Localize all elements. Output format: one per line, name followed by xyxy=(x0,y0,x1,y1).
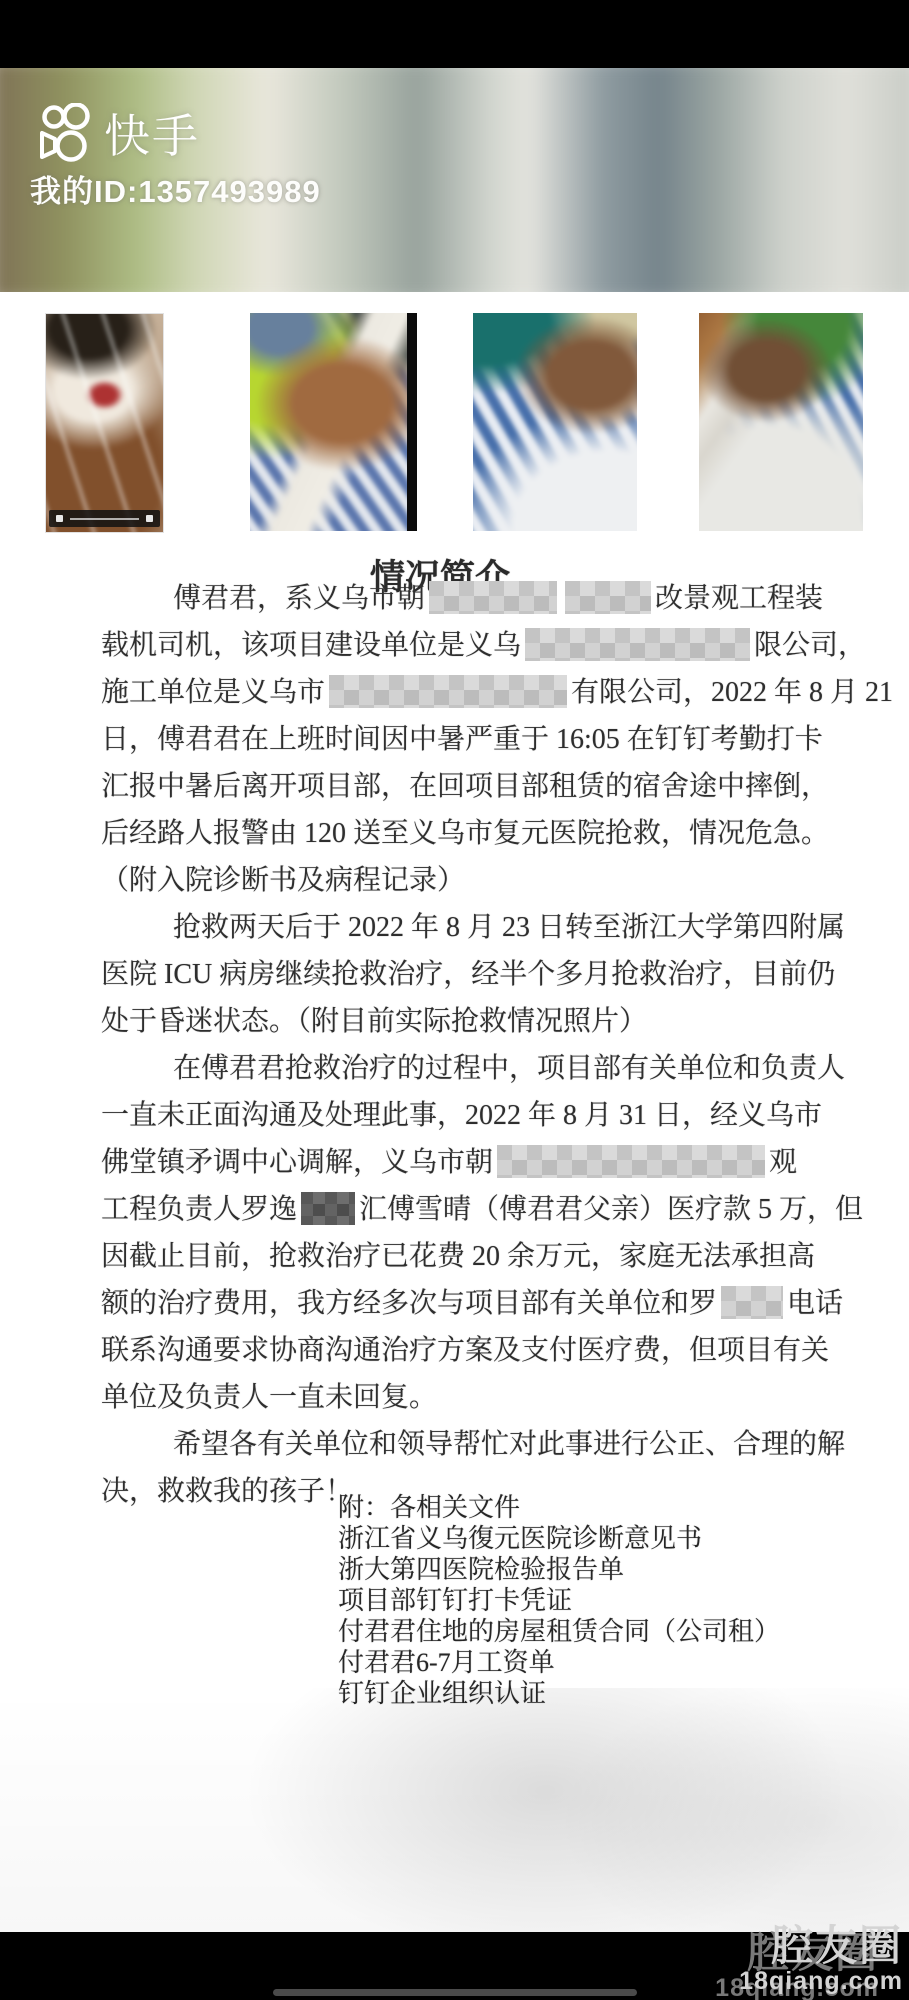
attachment-item: 附：各相关文件 xyxy=(338,1492,780,1523)
line-text: 有限公司，2022 年 8 月 21 xyxy=(571,677,893,708)
redaction-mosaic xyxy=(429,581,557,614)
document-line: 后经路人报警由 120 送至义乌市复元医院抢救，情况危急。 xyxy=(101,810,841,857)
line-text: 联系沟通要求协商沟通治疗方案及支付医疗费，但项目有关 xyxy=(101,1335,829,1366)
line-text: 后经路人报警由 120 送至义乌市复元医院抢救，情况危急。 xyxy=(101,818,829,849)
kuaishou-camera-icon xyxy=(34,103,92,163)
line-text: （附入院诊断书及病程记录） xyxy=(101,865,465,896)
document-line: 希望各有关单位和领导帮忙对此事进行公正、合理的解 xyxy=(101,1421,841,1468)
redaction-mosaic xyxy=(301,1192,355,1225)
top-letterbox-bar xyxy=(0,0,909,68)
attachments-list: 附：各相关文件浙江省义乌復元医院诊断意见书浙大第四医院检验报告单项目部钉钉打卡凭… xyxy=(338,1492,780,1709)
user-id-text: 我的ID:1357493989 xyxy=(30,166,321,211)
document-line: （附入院诊断书及病程记录） xyxy=(101,857,841,904)
fullscreen-icon xyxy=(146,515,153,522)
redaction-mosaic xyxy=(525,628,750,661)
document-line: 额的治疗费用，我方经多次与项目部有关单位和罗电话 xyxy=(101,1280,841,1327)
document-line: 工程负责人罗逸汇傅雪晴（傅君君父亲）医疗款 5 万，但 xyxy=(101,1186,841,1233)
photo-2-image xyxy=(250,313,415,531)
document-line: 因截止目前，抢救治疗已花费 20 余万元，家庭无法承担高 xyxy=(101,1233,841,1280)
attachment-item: 项目部钉钉打卡凭证 xyxy=(338,1585,780,1616)
document-line: 在傅君君抢救治疗的过程中，项目部有关单位和负责人 xyxy=(101,1045,841,1092)
line-text: 因截止目前，抢救治疗已花费 20 余万元，家庭无法承担高 xyxy=(101,1241,815,1272)
video-scrubber-bar xyxy=(49,510,160,527)
line-text: 载机司机，该项目建设单位是义乌 xyxy=(101,630,521,661)
line-text: 电话 xyxy=(787,1288,843,1319)
kuaishou-brand: 快手 xyxy=(34,100,200,166)
document-line: 处于昏迷状态。（附目前实际抢救情况照片） xyxy=(101,998,841,1045)
line-text: 单位及负责人一直未回复。 xyxy=(101,1382,437,1413)
line-text: 医院 ICU 病房继续抢救治疗，经半个多月抢救治疗，目前仍 xyxy=(101,959,835,990)
photo-2 xyxy=(250,313,417,531)
play-icon xyxy=(56,515,63,522)
home-indicator xyxy=(273,1989,637,1996)
line-text: 一直未正面沟通及处理此事，2022 年 8 月 31 日，经义乌市 xyxy=(101,1100,822,1131)
photo-4 xyxy=(699,313,863,531)
photo-3 xyxy=(473,313,637,531)
line-text: 在傅君君抢救治疗的过程中，项目部有关单位和负责人 xyxy=(173,1053,845,1084)
attachment-item: 付君君住地的房屋租赁合同（公司租） xyxy=(338,1616,780,1647)
redaction-mosaic xyxy=(497,1145,765,1178)
photo-3-image xyxy=(473,313,637,531)
document-line: 汇报中暑后离开项目部，在回项目部租赁的宿舍途中摔倒， xyxy=(101,763,841,810)
progress-track xyxy=(70,518,139,520)
document-line: 一直未正面沟通及处理此事，2022 年 8 月 31 日，经义乌市 xyxy=(101,1092,841,1139)
document-line: 日，傅君君在上班时间因中暑严重于 16:05 在钉钉考勤打卡 xyxy=(101,716,841,763)
redaction-mosaic xyxy=(565,581,651,614)
line-text: 额的治疗费用，我方经多次与项目部有关单位和罗 xyxy=(101,1288,717,1319)
line-text: 希望各有关单位和领导帮忙对此事进行公正、合理的解 xyxy=(173,1429,845,1460)
line-text: 施工单位是义乌市 xyxy=(101,677,325,708)
line-text: 改景观工程装 xyxy=(655,583,823,614)
app-name: 快手 xyxy=(104,100,200,166)
photo-1 xyxy=(45,313,164,533)
line-text: 抢救两天后于 2022 年 8 月 23 日转至浙江大学第四附属 xyxy=(173,912,845,943)
line-text: 处于昏迷状态。（附目前实际抢救情况照片） xyxy=(101,1006,647,1037)
line-text: 观 xyxy=(769,1147,797,1178)
document-lines: 傅君君，系义乌市朝改景观工程装载机司机，该项目建设单位是义乌限公司，施工单位是义… xyxy=(101,575,841,1515)
photo-4-image xyxy=(699,313,863,531)
line-text: 傅君君，系义乌市朝 xyxy=(173,583,425,614)
document-line: 施工单位是义乌市有限公司，2022 年 8 月 21 xyxy=(101,669,841,716)
attachment-item: 浙大第四医院检验报告单 xyxy=(338,1554,780,1585)
document-line: 医院 ICU 病房继续抢救治疗，经半个多月抢救治疗，目前仍 xyxy=(101,951,841,998)
redaction-mosaic xyxy=(721,1286,783,1319)
document-line: 傅君君，系义乌市朝改景观工程装 xyxy=(101,575,841,622)
blurred-video-header: 快手 我的ID:1357493989 xyxy=(0,68,909,292)
line-text: 汇报中暑后离开项目部，在回项目部租赁的宿舍途中摔倒， xyxy=(101,771,829,802)
line-text: 决，救救我的孩子！ xyxy=(101,1476,353,1507)
line-text: 限公司， xyxy=(754,630,866,661)
document-line: 单位及负责人一直未回复。 xyxy=(101,1374,841,1421)
document-line: 佛堂镇矛调中心调解，义乌市朝观 xyxy=(101,1139,841,1186)
attachment-item: 浙江省义乌復元医院诊断意见书 xyxy=(338,1523,780,1554)
attachment-item: 付君君6-7月工资单 xyxy=(338,1647,780,1678)
photo-1-image xyxy=(45,313,164,533)
line-text: 日，傅君君在上班时间因中暑严重于 16:05 在钉钉考勤打卡 xyxy=(101,724,823,755)
kuaishou-video-screenshot: 快手 我的ID:1357493989 情况简介 傅君君，系义乌市朝改景观工程装载… xyxy=(0,0,909,2000)
line-text: 汇傅雪晴（傅君君父亲）医疗款 5 万，但 xyxy=(359,1194,863,1225)
line-text: 佛堂镇矛调中心调解，义乌市朝 xyxy=(101,1147,493,1178)
document-line: 载机司机，该项目建设单位是义乌限公司， xyxy=(101,622,841,669)
document-line: 联系沟通要求协商沟通治疗方案及支付医疗费，但项目有关 xyxy=(101,1327,841,1374)
redaction-mosaic xyxy=(329,675,567,708)
page-shading xyxy=(0,1688,909,1932)
line-text: 工程负责人罗逸 xyxy=(101,1194,297,1225)
document-line: 抢救两天后于 2022 年 8 月 23 日转至浙江大学第四附属 xyxy=(101,904,841,951)
